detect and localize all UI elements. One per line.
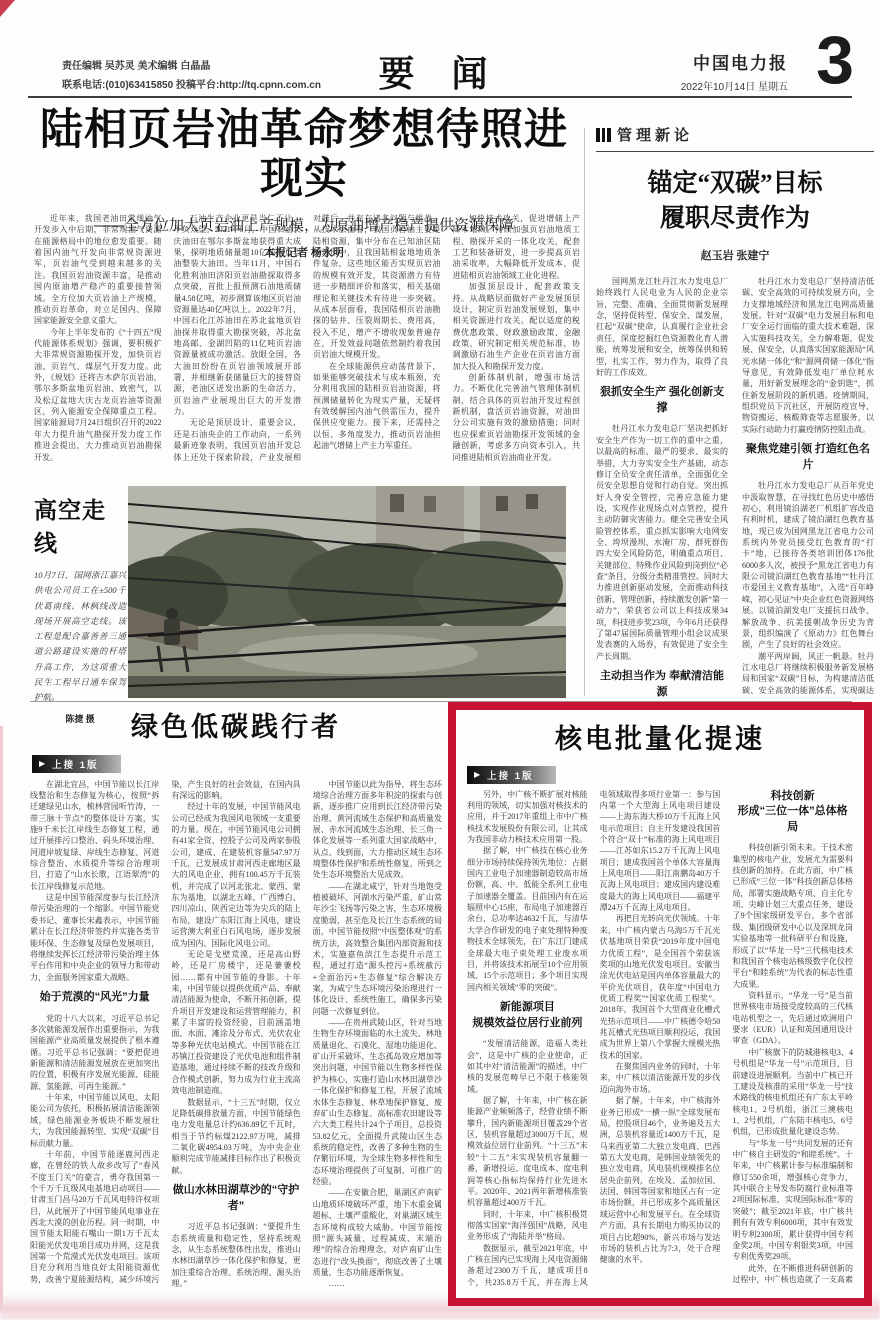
continue-from-page1-tag: ▶上接 1版 — [32, 755, 121, 773]
continue-tag-label: 上接 1版 — [487, 768, 533, 782]
continue-from-page1-tag: ▶上接 1版 — [467, 766, 556, 784]
continue-tag-label: 上接 1版 — [52, 757, 98, 771]
photo-caption-block: 高空走线 10月7日，国网浙江嘉兴供电公司员工在±500千伏葛南线、林枫线改造现… — [34, 492, 126, 725]
lead-article-body: 近年来，我国老油田常规油气开发步入中后期，非常规油气资源在能源格局中的地位愈发重… — [34, 213, 580, 467]
paper-name: 中国电力报 — [681, 49, 788, 74]
green-article-body: 在湖北宜昌，中国节能以长江岸线整治和生态修复为核心，按照“拆迁建绿见山水，梳林营… — [30, 779, 442, 1295]
sidebar-kicker-label: 管理新论 — [617, 124, 693, 145]
newspaper-page: 责任编辑 吴苏灵 美术编辑 白晶晶 联系电话:(010)63415850 投稿平… — [0, 0, 880, 1320]
green-article-title: 绿色低碳践行者 — [30, 705, 442, 744]
masthead-paper-block: 中国电力报 2022年10月14日 星期五 — [681, 49, 788, 93]
sidebar-article: 管理新论 锚定“双碳”目标 履职尽责作为 赵玉岩 张建宁 国网黑龙江牡丹江水力发… — [596, 124, 874, 704]
lead-headline: 陆相页岩油革命梦想待照进现实 — [30, 106, 578, 205]
play-arrow-icon: ▶ — [39, 759, 47, 768]
masthead-rule — [28, 96, 852, 98]
sidebar-title: 锚定“双碳”目标 履职尽责作为 — [596, 166, 874, 236]
scan-corner-mark — [0, 0, 15, 17]
scan-edge-left — [0, 726, 3, 1312]
nuclear-article-box: 核电批量化提速 ▶上接 1版 另外，中广核不断扩展对核能利用的领域，切实加强对核… — [448, 702, 872, 1306]
nuclear-article-body: 另外，中广核不断扩展对核能利用的领域，切实加强对核技术的应用，并于2017年重组… — [467, 789, 853, 1291]
photo-caption: 10月7日，国网浙江嘉兴供电公司员工在±500千伏葛南线、林枫线改造现场开展高空… — [34, 568, 126, 706]
column-flag-icon — [596, 128, 611, 142]
news-photo — [128, 486, 566, 698]
photo-title: 高空走线 — [34, 492, 126, 558]
sidebar-article-body: 国网黑龙江牡丹江水力发电总厂始终践行人民电业为人民的企业宗旨，完整、准确、全面贯… — [596, 276, 874, 704]
page-number: 3 — [816, 26, 854, 94]
green-article: 绿色低碳践行者 ▶上接 1版 在湖北宜昌，中国节能以长江岸线整治和生态修复为核心… — [30, 705, 442, 1295]
power-line-photo-illustration — [128, 486, 566, 698]
play-arrow-icon: ▶ — [474, 770, 482, 779]
green-continue-tag-wrap: ▶上接 1版 — [32, 753, 442, 773]
nuclear-article-title: 核电批量化提速 — [467, 717, 853, 756]
column-divider — [584, 128, 585, 696]
date-line: 2022年10月14日 星期五 — [681, 78, 788, 93]
sidebar-kicker: 管理新论 — [596, 124, 874, 152]
sidebar-authors: 赵玉岩 张建宁 — [596, 247, 874, 263]
nuclear-continue-tag-wrap: ▶上接 1版 — [467, 764, 853, 784]
